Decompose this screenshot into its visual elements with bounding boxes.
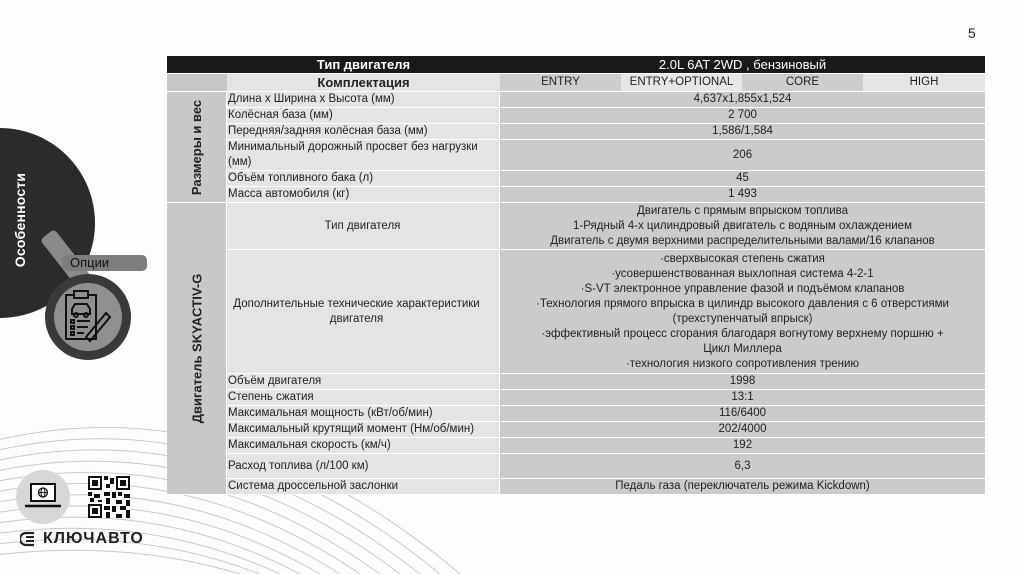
qr-code-icon[interactable] (88, 476, 130, 518)
param-label: Масса автомобиля (кг) (227, 187, 500, 203)
table-row: Расход топлива (л/100 км) 6,3 (167, 454, 985, 479)
table-row: Система дроссельной заслонки Педаль газа… (167, 479, 985, 495)
param-label: Максимальная скорость (км/ч) (227, 438, 500, 454)
table-row: Объём двигателя 1998 (167, 374, 985, 390)
param-label: Расход топлива (л/100 км) (227, 454, 500, 479)
specifications-table: Тип двигателя 2.0L 6AT 2WD , бензиновый … (167, 56, 985, 495)
param-label: Максимальная мощность (кВт/об/мин) (227, 406, 500, 422)
param-value: 116/6400 (500, 406, 985, 422)
engine-type-header-row: Тип двигателя 2.0L 6AT 2WD , бензиновый (167, 56, 985, 74)
laptop-globe-icon (24, 482, 62, 510)
param-value: 2 700 (500, 108, 985, 124)
param-value: 202/4000 (500, 422, 985, 438)
group-engine-skyactiv: Двигатель SKYACTIV-G (167, 203, 227, 495)
param-label: Колёсная база (мм) (227, 108, 500, 124)
table-row: Масса автомобиля (кг) 1 493 (167, 187, 985, 203)
param-label: Минимальный дорожный просвет без нагрузк… (227, 140, 500, 171)
brand-mark-icon (20, 530, 38, 548)
features-section-label: Особенности (6, 160, 34, 280)
website-button[interactable] (16, 470, 70, 524)
param-value: 206 (500, 140, 985, 171)
param-label: Система дроссельной заслонки (227, 479, 500, 495)
page-number: 5 (968, 25, 976, 41)
param-label: Степень сжатия (227, 390, 500, 406)
engine-type-header-value: 2.0L 6AT 2WD , бензиновый (500, 56, 985, 74)
grade-core[interactable]: CORE (742, 74, 863, 92)
param-value: ·сверхвысокая степень сжатия ·усовершенс… (500, 250, 985, 374)
param-label: Дополнительные технические характеристик… (227, 250, 500, 374)
table-row: Двигатель SKYACTIV-G Тип двигателя Двига… (167, 203, 985, 250)
table-row: Максимальная мощность (кВт/об/мин) 116/6… (167, 406, 985, 422)
options-button[interactable] (45, 274, 131, 360)
table-row: Максимальный крутящий момент (Нм/об/мин)… (167, 422, 985, 438)
grade-entry[interactable]: ENTRY (500, 74, 621, 92)
param-label: Максимальный крутящий момент (Нм/об/мин) (227, 422, 500, 438)
param-value: 1,586/1,584 (500, 124, 985, 140)
table-row: Степень сжатия 13:1 (167, 390, 985, 406)
param-label: Длина x Ширина x Высота (мм) (227, 92, 500, 108)
param-value: 1998 (500, 374, 985, 390)
trim-level-row: Комплектация ENTRY ENTRY+OPTIONAL CORE H… (167, 74, 985, 92)
table-row: Минимальный дорожный просвет без нагрузк… (167, 140, 985, 171)
param-value: 1 493 (500, 187, 985, 203)
param-value: Педаль газа (переключатель режима Kickdo… (500, 479, 985, 495)
param-label: Объём топливного бака (л) (227, 171, 500, 187)
trim-level-label: Комплектация (227, 74, 500, 92)
param-value: Двигатель с прямым впрыском топлива 1-Ря… (500, 203, 985, 250)
param-value: 13:1 (500, 390, 985, 406)
param-value: 45 (500, 171, 985, 187)
table-row: Объём топливного бака (л) 45 (167, 171, 985, 187)
param-value: 192 (500, 438, 985, 454)
brand-logo: КЛЮЧАВТО (20, 530, 144, 548)
group-dimensions-weight: Размеры и вес (167, 92, 227, 203)
param-label: Передняя/задняя колёсная база (мм) (227, 124, 500, 140)
param-label: Тип двигателя (227, 203, 500, 250)
clipboard-car-icon (62, 289, 114, 345)
table-row: Размеры и вес Длина x Ширина x Высота (м… (167, 92, 985, 108)
table-row: Дополнительные технические характеристик… (167, 250, 985, 374)
table-row: Максимальная скорость (км/ч) 192 (167, 438, 985, 454)
grade-high[interactable]: HIGH (863, 74, 985, 92)
options-tab[interactable]: Опции (62, 255, 147, 271)
param-value: 4,637x1,855x1,524 (500, 92, 985, 108)
param-value: 6,3 (500, 454, 985, 479)
param-label: Объём двигателя (227, 374, 500, 390)
table-row: Передняя/задняя колёсная база (мм) 1,586… (167, 124, 985, 140)
engine-type-header-label: Тип двигателя (227, 56, 500, 74)
grade-entry-optional[interactable]: ENTRY+OPTIONAL (621, 74, 742, 92)
table-row: Колёсная база (мм) 2 700 (167, 108, 985, 124)
